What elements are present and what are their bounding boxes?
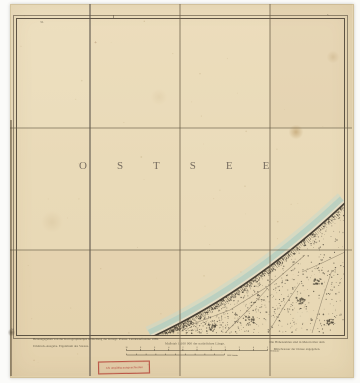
scale-title: Maßstab 1:100 000 der natürlichen Länge. (140, 342, 250, 346)
red-stamp: Als ungültig ausgeschieden (98, 360, 150, 374)
svg-text:36: 36 (262, 298, 266, 302)
svg-text:2: 2 (182, 347, 183, 349)
corner-annotation-bottom-left: 54 (11, 328, 14, 331)
fold-line-horizontal (10, 249, 352, 251)
imprint-line-2: Umdruck-Ausgabe. Eigenthum des Staates. (33, 345, 89, 348)
svg-text:10: 10 (125, 347, 127, 349)
svg-text:1: 1 (211, 347, 212, 349)
margin-note-right-2: Mittelwasser der Ostsee angegeben. (252, 348, 342, 351)
svg-text:2000 Schritte: 2000 Schritte (227, 355, 238, 357)
svg-text:47: 47 (339, 313, 343, 317)
svg-text:42: 42 (285, 278, 289, 282)
fold-line-vertical (89, 4, 91, 376)
fold-line-vertical (269, 4, 271, 376)
svg-text:33: 33 (310, 318, 314, 322)
svg-text:6: 6 (154, 347, 155, 349)
svg-text:29: 29 (235, 313, 239, 317)
svg-text:27: 27 (248, 323, 252, 327)
imprint-line-1: Herausgegeben von der Kartographischen A… (33, 338, 159, 341)
corner-annotation-top-right: 5. (327, 14, 329, 17)
sheet-edge-shadow (10, 120, 12, 376)
svg-text:44: 44 (300, 297, 304, 301)
svg-text:31: 31 (276, 315, 280, 319)
scanned-map-page: 2936424438514733403527311086420123452000… (0, 0, 360, 383)
border-tick (113, 15, 114, 18)
fold-line-vertical (179, 4, 181, 376)
svg-text:8: 8 (140, 347, 141, 349)
svg-text:38: 38 (320, 258, 324, 262)
svg-text:51: 51 (330, 288, 334, 292)
svg-text:3: 3 (239, 347, 240, 349)
graticule-cross-icon: + (94, 39, 97, 45)
sea-name-label: OSTSEE (79, 160, 299, 172)
svg-text:2: 2 (225, 347, 226, 349)
margin-note-right-1: Die Höhenzahlen sind in Metern über dem (252, 341, 342, 344)
svg-text:35: 35 (335, 238, 339, 242)
svg-text:40: 40 (292, 260, 296, 264)
fold-line-horizontal (10, 127, 352, 129)
corner-annotation-top-left: 36. (40, 21, 44, 24)
red-stamp-text: Als ungültig ausgeschieden (105, 365, 142, 369)
svg-text:0: 0 (196, 347, 197, 349)
svg-text:4: 4 (168, 347, 169, 349)
